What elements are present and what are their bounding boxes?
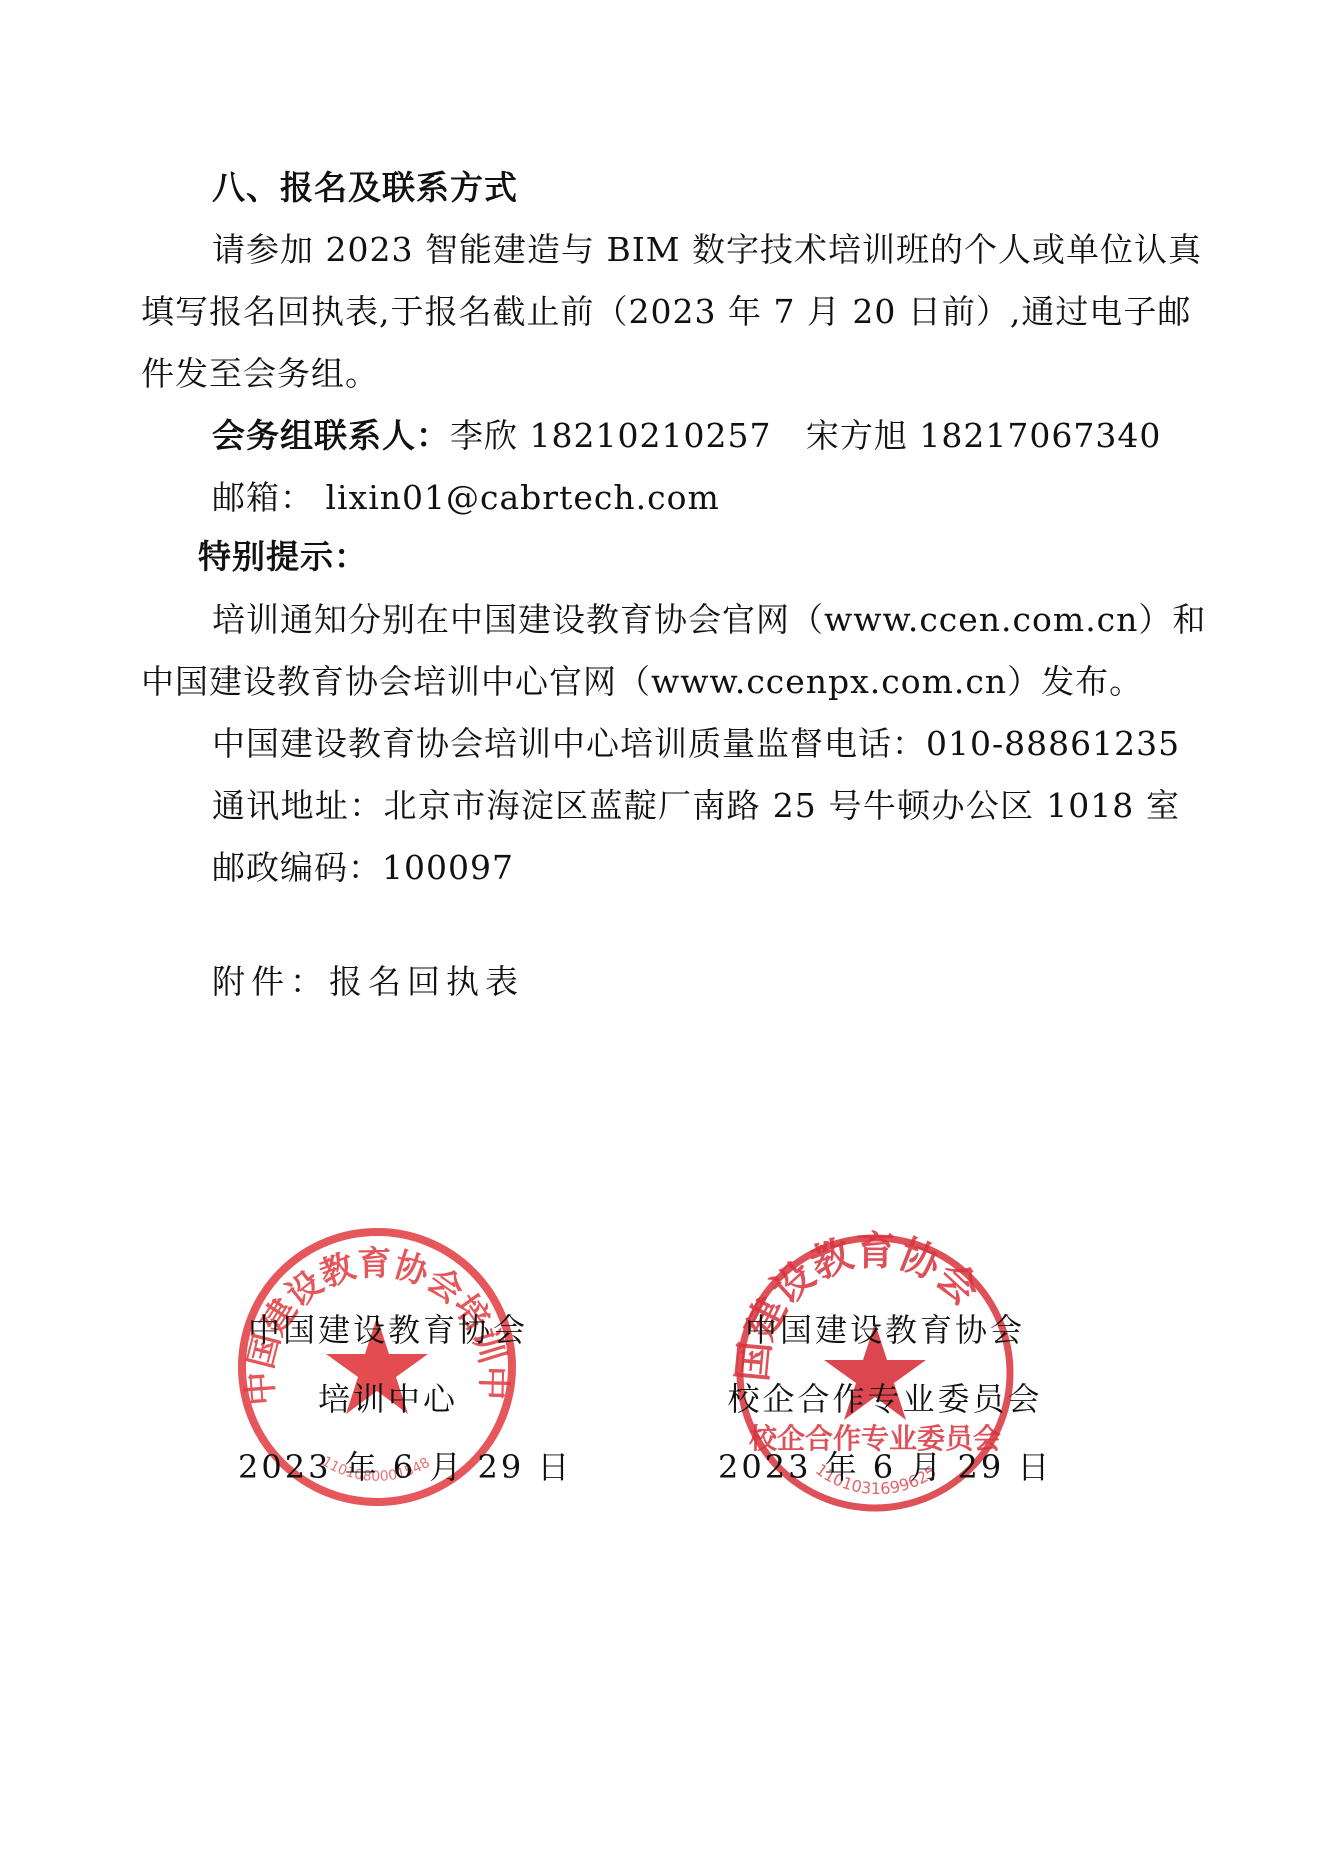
- email-line: 邮箱： lixin01@cabrtech.com: [212, 478, 720, 518]
- phone-line: 中国建设教育协会培训中心培训质量监督电话：010-88861235: [212, 724, 1180, 764]
- notice-line: 培训通知分别在中国建设教育协会官网（www.ccen.com.cn）和: [212, 600, 1180, 640]
- contact-people: 李欣 18210210257 宋方旭 18217067340: [450, 416, 1161, 455]
- section-heading: 八、报名及联系方式: [212, 168, 518, 208]
- email-address[interactable]: lixin01@cabrtech.com: [326, 478, 720, 517]
- contact-label: 会务组联系人：: [212, 416, 450, 455]
- signature-org-line2: 培训中心: [238, 1379, 538, 1419]
- paragraph-line: 请参加 2023 智能建造与 BIM 数字技术培训班的个人或单位认真: [212, 230, 1180, 270]
- signature-date: 2023 年 6 月 29 日: [238, 1447, 538, 1487]
- notice-heading: 特别提示：: [198, 537, 368, 577]
- attachment-line: 附件：报名回执表: [212, 962, 524, 1002]
- paragraph-line: 件发至会务组。: [141, 354, 379, 394]
- signature-date: 2023 年 6 月 29 日: [718, 1447, 1048, 1487]
- postcode-line: 邮政编码：100097: [212, 848, 514, 888]
- contact-line: 会务组联系人：李欣 18210210257 宋方旭 18217067340: [212, 416, 1161, 456]
- email-label: 邮箱：: [212, 478, 314, 517]
- signature-org-line2: 校企合作专业委员会: [700, 1379, 1070, 1419]
- address-line: 通讯地址：北京市海淀区蓝靛厂南路 25 号牛顿办公区 1018 室: [212, 786, 1180, 826]
- paragraph-line: 填写报名回执表,于报名截止前（2023 年 7 月 20 日前）,通过电子邮: [141, 292, 1181, 332]
- signature-org-line1: 中国建设教育协会: [238, 1310, 538, 1350]
- signature-org-line1: 中国建设教育协会: [700, 1310, 1070, 1350]
- notice-line: 中国建设教育协会培训中心官网（www.ccenpx.com.cn）发布。: [141, 662, 1143, 702]
